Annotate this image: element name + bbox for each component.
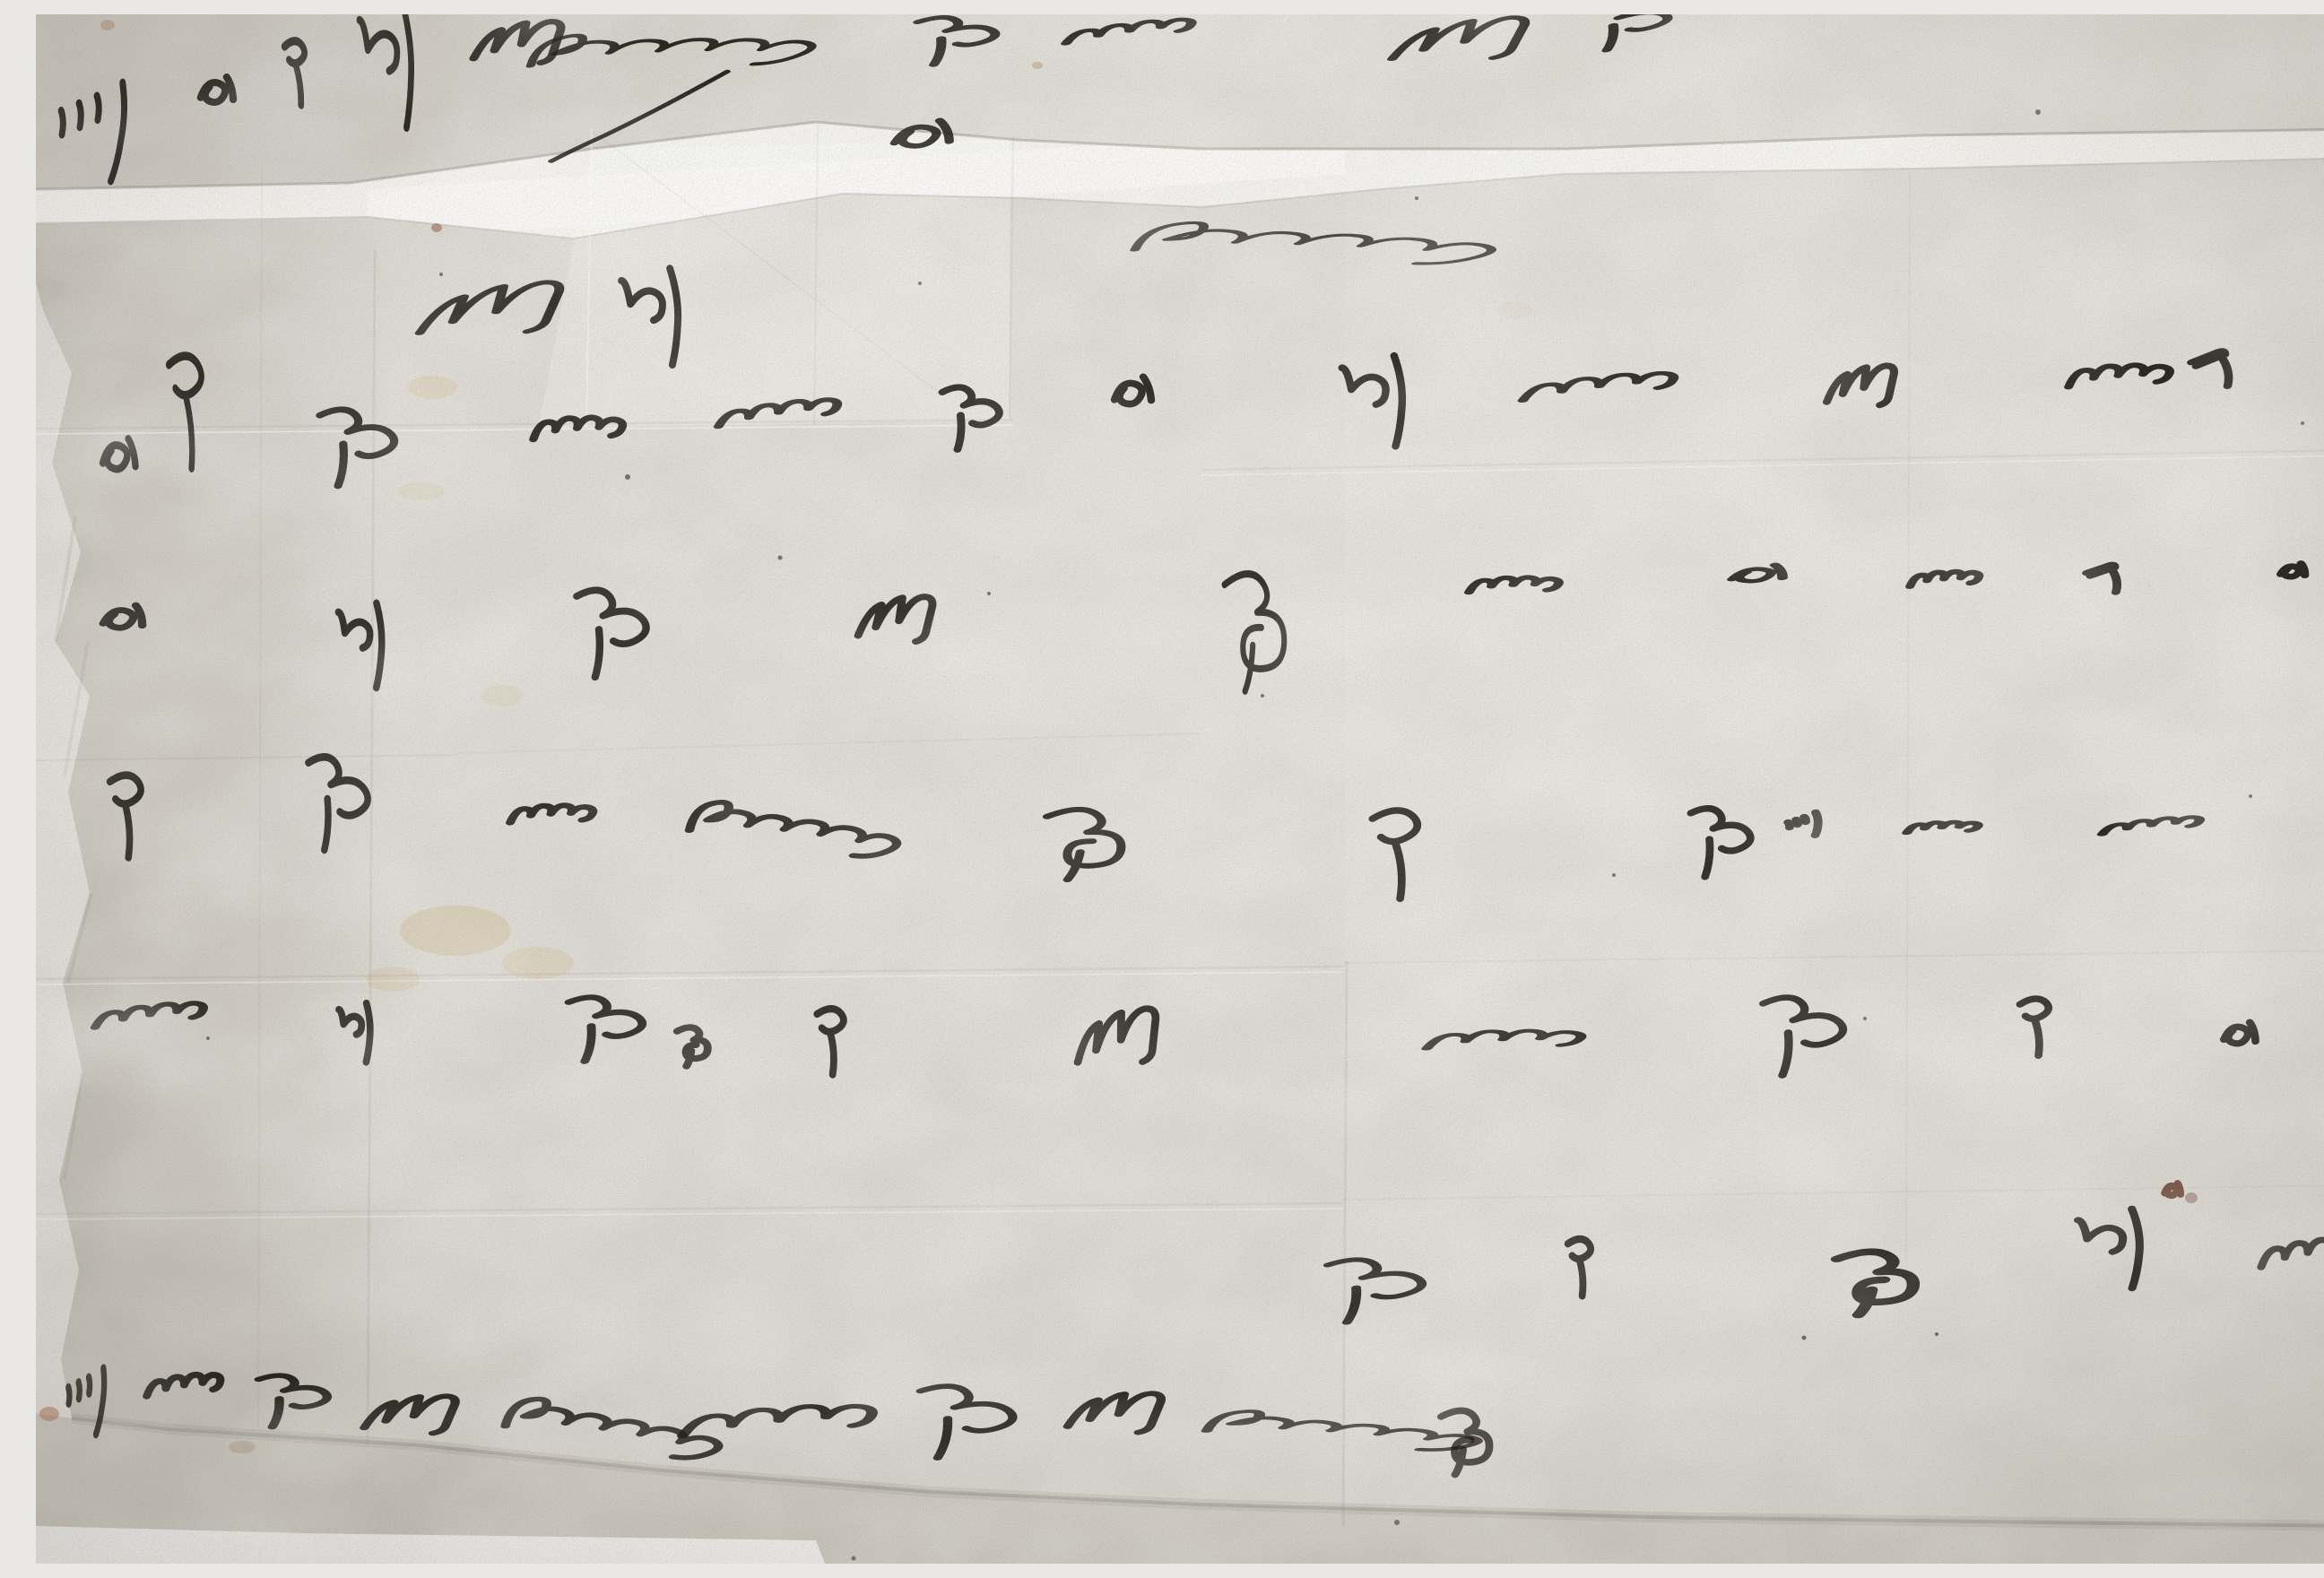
manuscript-photo: Photograph of a folded handwritten manus… xyxy=(36,14,2324,1564)
vignette xyxy=(36,14,2324,1564)
photo-canvas xyxy=(36,14,2324,1564)
